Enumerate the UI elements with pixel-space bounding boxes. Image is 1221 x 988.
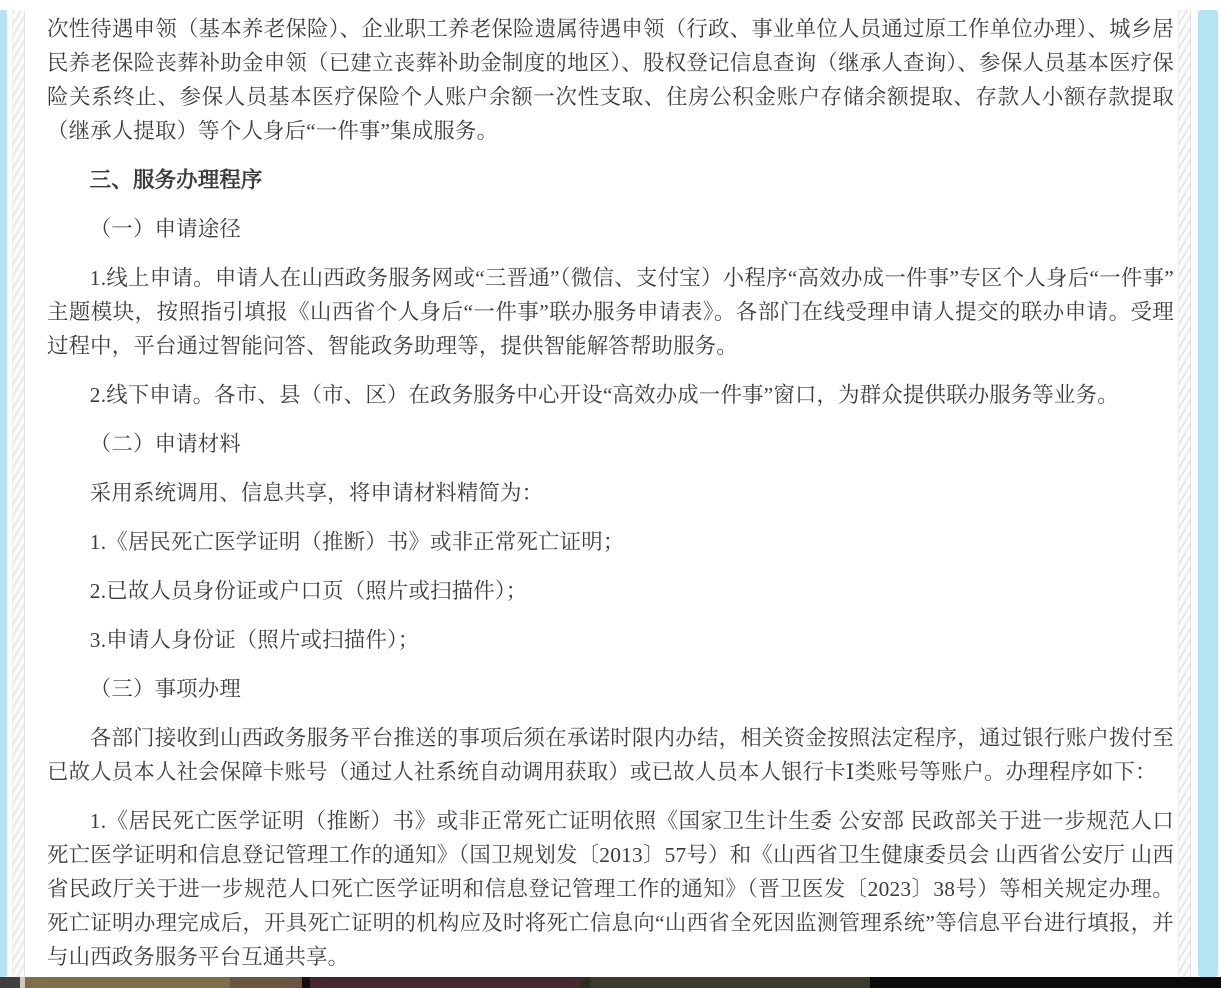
- paragraph: （一）申请途径: [47, 212, 1174, 246]
- paragraph: 采用系统调用、信息共享，将申请材料精简为：: [47, 476, 1174, 510]
- browser-page: 次性待遇申领（基本养老保险）、企业职工养老保险遗属待遇申领（行政、事业单位人员通…: [0, 0, 1221, 988]
- taskbar[interactable]: [0, 977, 1221, 988]
- taskbar-window-segment[interactable]: [302, 977, 310, 988]
- paragraph: （三）事项办理: [47, 672, 1174, 706]
- paragraph: （二）申请材料: [47, 427, 1174, 461]
- paragraph: 3.申请人身份证（照片或扫描件）；: [47, 623, 1174, 657]
- document-body: 次性待遇申领（基本养老保险）、企业职工养老保险遗属待遇申领（行政、事业单位人员通…: [23, 0, 1180, 977]
- paragraph: 2.线下申请。各市、县（市、区）在政务服务中心开设“高效办成一件事”窗口，为群众…: [47, 378, 1174, 412]
- taskbar-window-segment[interactable]: [0, 977, 20, 988]
- taskbar-window-segment[interactable]: [870, 977, 1221, 988]
- taskbar-window-segment[interactable]: [25, 977, 230, 988]
- paragraph: 次性待遇申领（基本养老保险）、企业职工养老保险遗属待遇申领（行政、事业单位人员通…: [47, 12, 1174, 148]
- section-heading: 三、服务办理程序: [47, 163, 1174, 197]
- left-edge-blue-accent: [0, 10, 7, 977]
- paragraph: 各部门接收到山西政务服务平台推送的事项后须在承诺时限内办结，相关资金按照法定程序…: [47, 721, 1174, 789]
- paragraph: 2.已故人员身份证或户口页（照片或扫描件）；: [47, 574, 1174, 608]
- paragraph: 1.《居民死亡医学证明（推断）书》或非正常死亡证明；: [47, 525, 1174, 559]
- taskbar-window-segment[interactable]: [590, 977, 870, 988]
- taskbar-window-segment[interactable]: [310, 977, 582, 988]
- paragraph: 1.《居民死亡医学证明（推断）书》或非正常死亡证明依照《国家卫生计生委 公安部 …: [47, 804, 1174, 974]
- taskbar-window-segment[interactable]: [230, 977, 302, 988]
- paragraph: 1.线上申请。申请人在山西政务服务网或“三晋通”（微信、支付宝）小程序“高效办成…: [47, 261, 1174, 363]
- taskbar-window-segment[interactable]: [582, 977, 590, 988]
- right-edge-blue-accent: [1198, 10, 1218, 977]
